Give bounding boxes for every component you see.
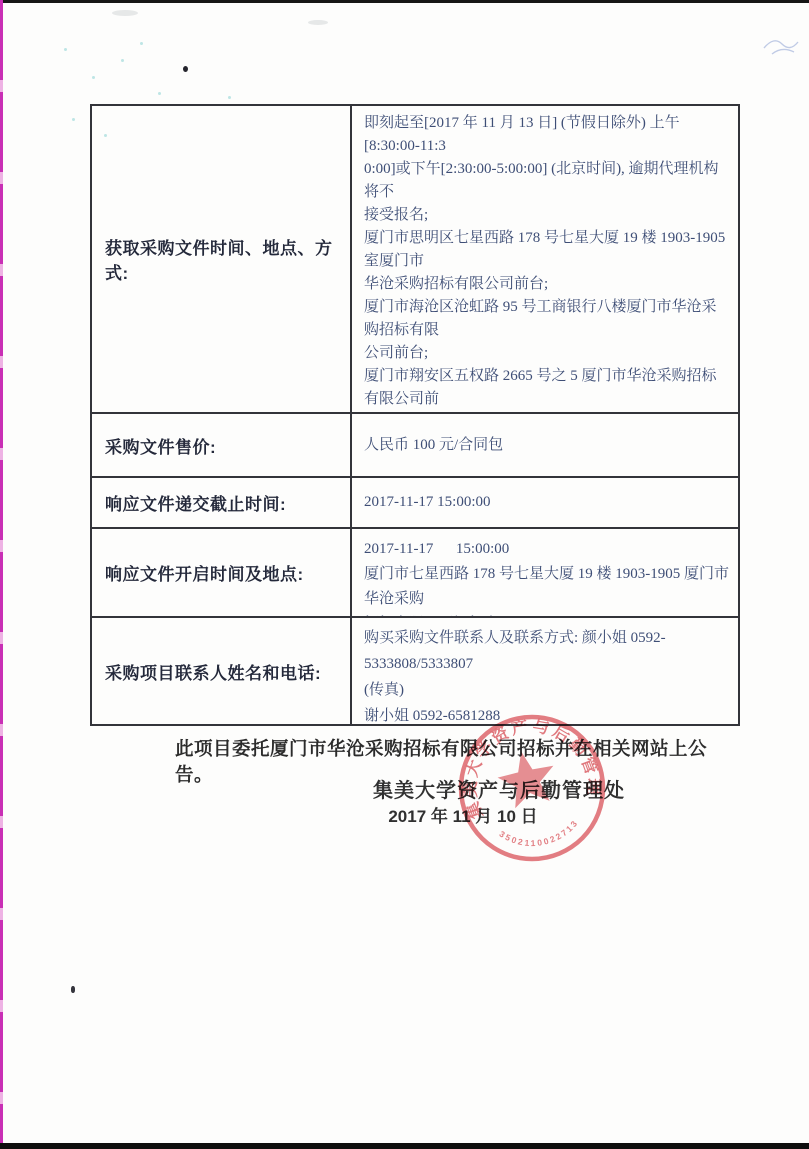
- pencil-scribble-mark: [760, 28, 802, 62]
- seal-star-icon: [493, 746, 560, 811]
- row-label: 采购文件售价:: [92, 414, 352, 476]
- row-value: 2017-11-17 15:00:00: [352, 478, 738, 527]
- procurement-info-table: 获取采购文件时间、地点、方式: 即刻起至[2017 年 11 月 13 日] (…: [90, 104, 740, 726]
- row-label: 采购项目联系人姓名和电话:: [92, 618, 352, 724]
- table-row-contact-person: 采购项目联系人姓名和电话: 购买采购文件联系人及联系方式: 颜小姐 0592-5…: [92, 618, 738, 724]
- scan-edge-bottom: [0, 1143, 809, 1149]
- row-value: 即刻起至[2017 年 11 月 13 日] (节假日除外) 上午[8:30:0…: [352, 106, 738, 412]
- scan-speck: [228, 96, 231, 99]
- scan-speck: [92, 76, 95, 79]
- scan-edge-left: [0, 0, 3, 1149]
- row-label: 响应文件递交截止时间:: [92, 478, 352, 527]
- scan-edge-top: [0, 0, 809, 3]
- scanned-document-page: 获取采购文件时间、地点、方式: 即刻起至[2017 年 11 月 13 日] (…: [0, 0, 809, 1149]
- scan-speck: [140, 42, 143, 45]
- table-row-obtain-documents: 获取采购文件时间、地点、方式: 即刻起至[2017 年 11 月 13 日] (…: [92, 106, 738, 414]
- row-label: 获取采购文件时间、地点、方式:: [92, 106, 352, 412]
- row-label: 响应文件开启时间及地点:: [92, 529, 352, 616]
- official-red-seal: 集美大学资产与后勤管理处 3502110022713: [428, 684, 637, 893]
- table-row-document-price: 采购文件售价: 人民币 100 元/合同包: [92, 414, 738, 478]
- scan-speck: [71, 986, 75, 993]
- scan-speck: [72, 118, 75, 121]
- scan-smudge: [112, 10, 138, 16]
- table-row-submission-deadline: 响应文件递交截止时间: 2017-11-17 15:00:00: [92, 478, 738, 529]
- scan-speck: [121, 59, 124, 62]
- scan-speck: [64, 48, 67, 51]
- row-value: 人民币 100 元/合同包: [352, 414, 738, 476]
- scan-speck: [158, 92, 161, 95]
- row-value: 2017-11-17 15:00:00 厦门市七星西路 178 号七星大厦 19…: [352, 529, 738, 616]
- table-row-opening-time-place: 响应文件开启时间及地点: 2017-11-17 15:00:00 厦门市七星西路…: [92, 529, 738, 618]
- scan-speck: [183, 66, 188, 72]
- scan-smudge: [308, 20, 328, 25]
